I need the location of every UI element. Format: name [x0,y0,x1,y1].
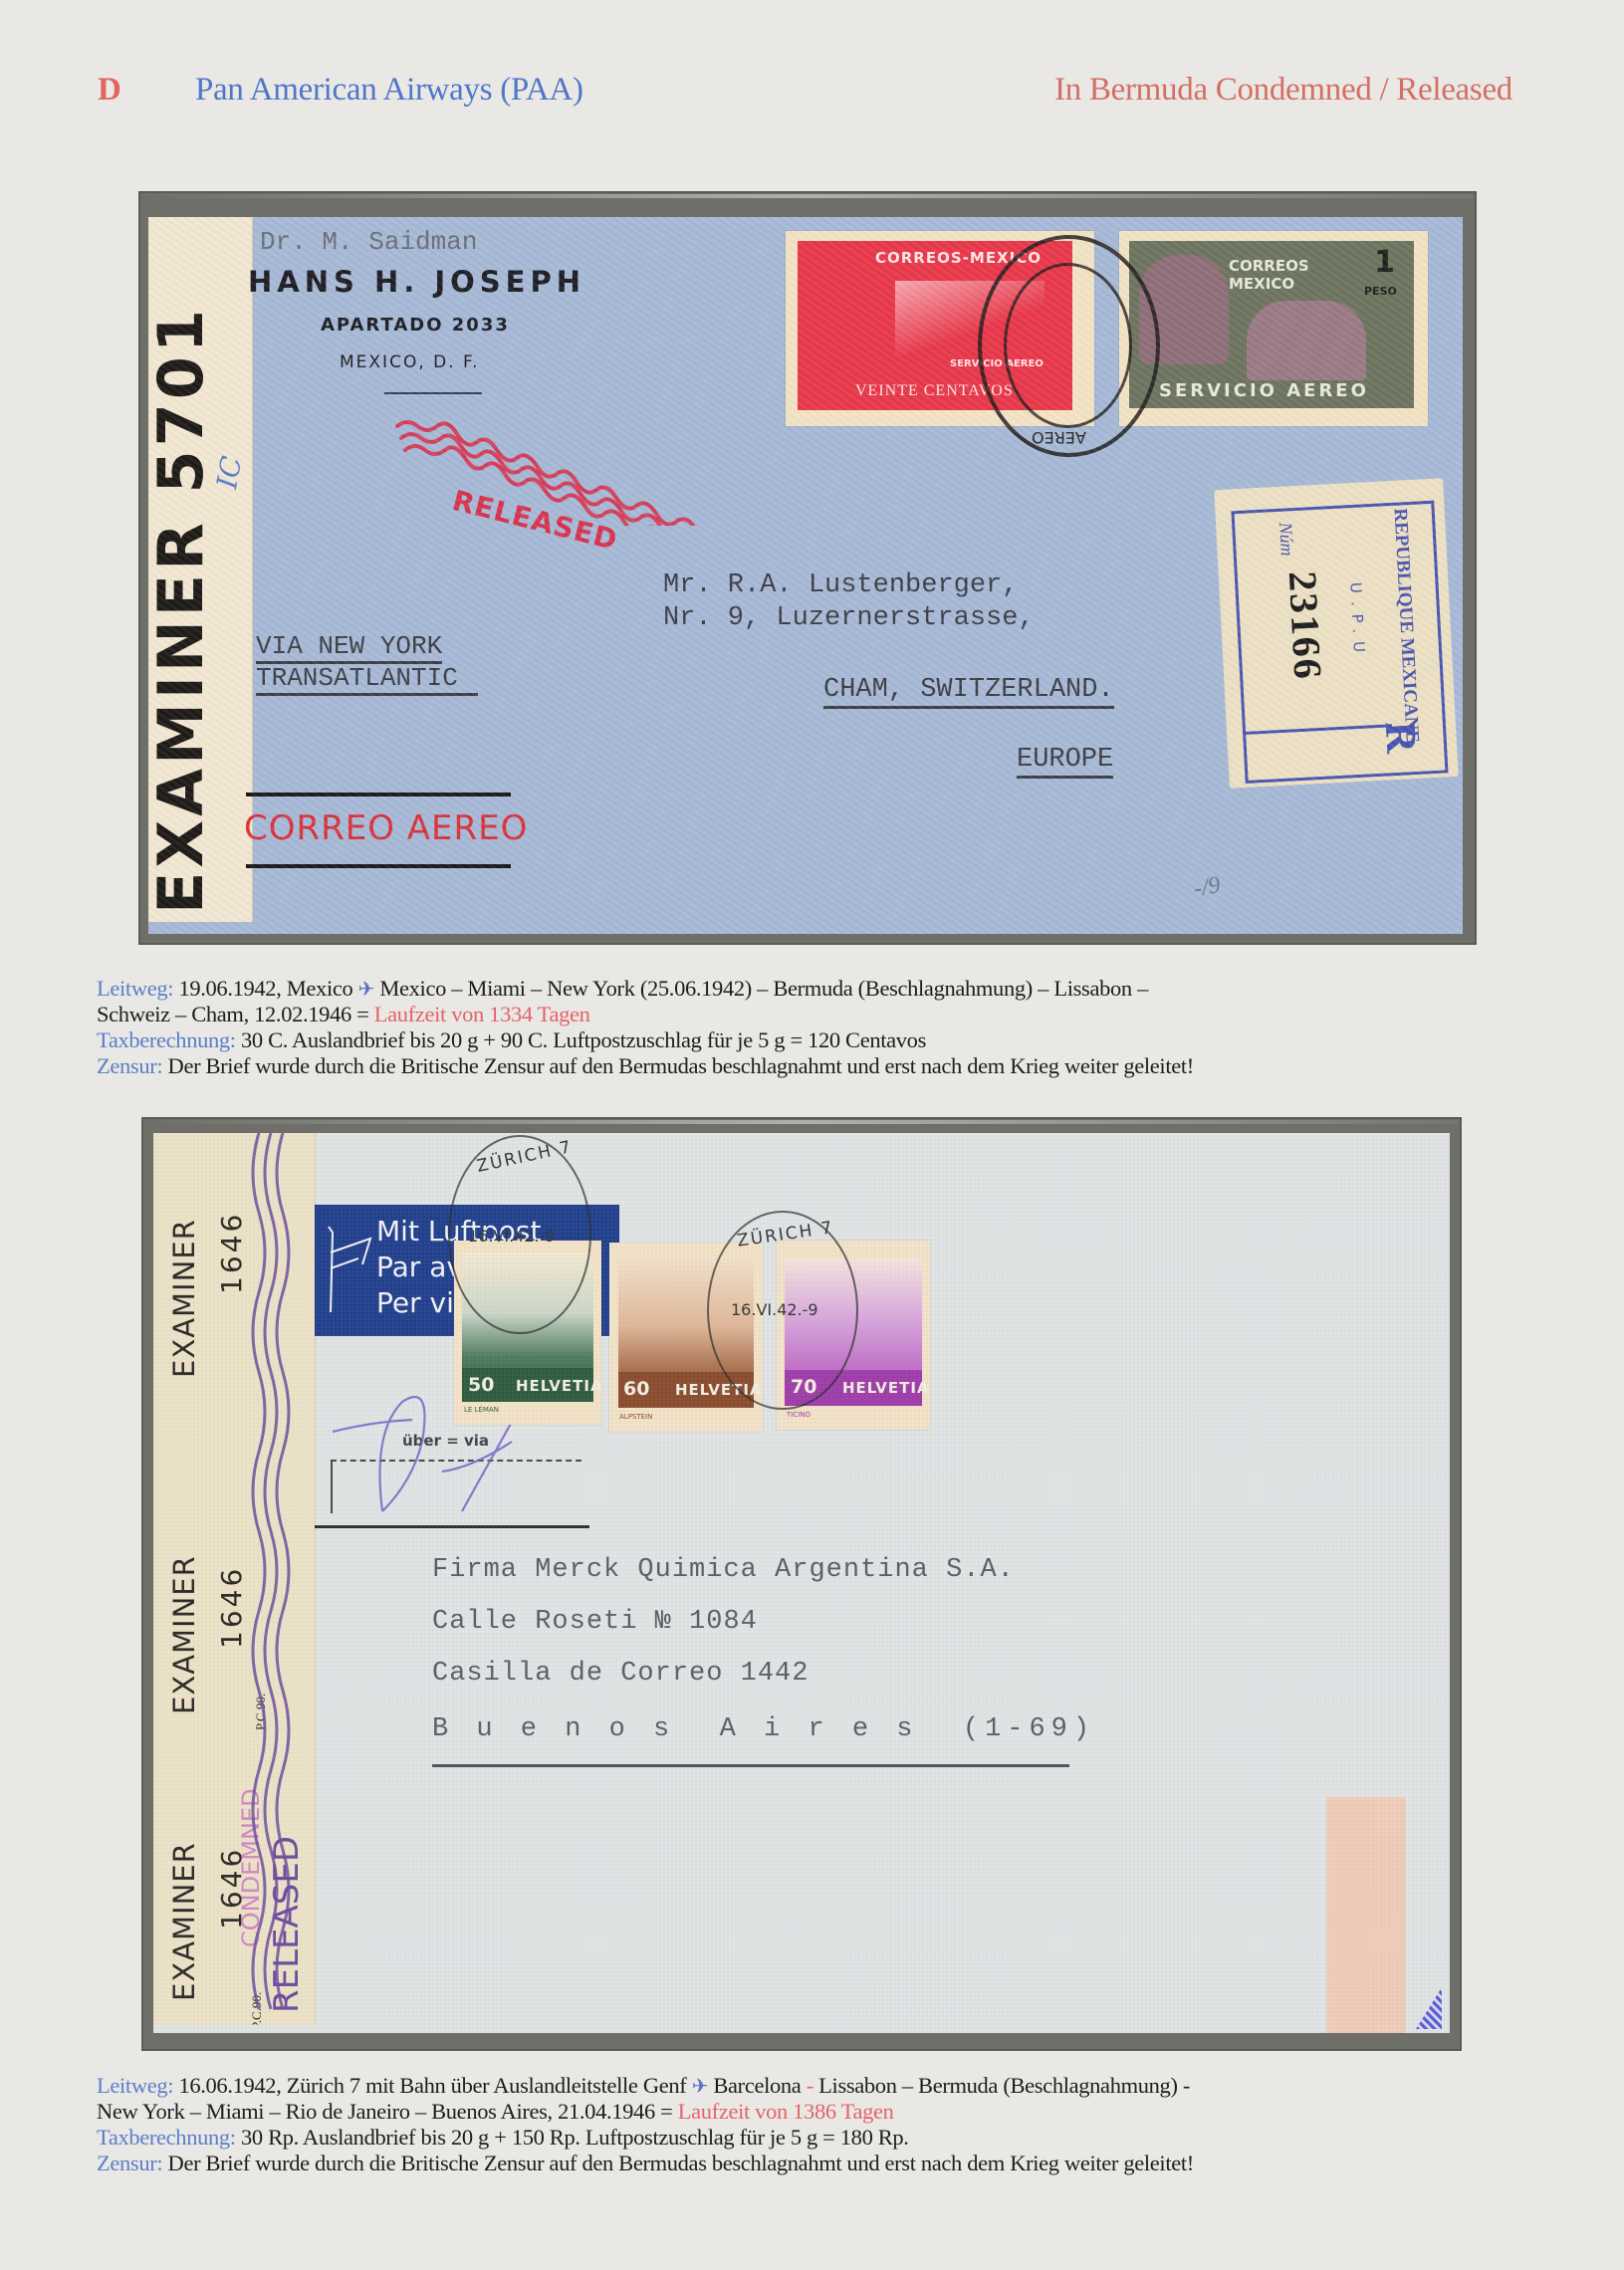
recipient-region: EUROPE [1017,745,1113,779]
postmark2-date: 16.VI.42.-9 [731,1300,818,1319]
recipient-company: Firma Merck Quimica Argentina S.A. [432,1555,1015,1585]
caption2-duration: Laufzeit von 1386 Tagen [678,2099,894,2124]
cover2-mount: EXAMINER 1646 EXAMINER 1646 EXAMINER 164… [141,1117,1462,2051]
registration-letter: R [1375,720,1428,754]
swiss-plane-icon [321,1223,376,1314]
airmail-rule-top [246,793,511,796]
censor-examiner-mid: EXAMINER [167,1555,201,1714]
airplane-icon: ✈ [692,2074,708,2098]
stamp-70-country: HELVETIA [842,1379,930,1397]
peach-label [1326,1797,1406,2033]
sender-company: HANS H. JOSEPH [248,265,585,299]
censor-examiner-top: EXAMINER [167,1219,201,1378]
recipient-city: B u e n o s A i r e s (1-69) [432,1714,1095,1744]
cover1-mount: EXAMINER 5701 IC Dr. M. Saidman HANS H. … [138,191,1477,945]
postmark-zurich-2: ZÜRICH 7 16.VI.42.-9 [707,1211,858,1410]
postmark-zurich-1: ZÜRICH 7 16.VI.42.-9 [448,1135,591,1334]
pencil-note: -/9 [1192,872,1223,903]
registration-num-prefix: Núm [1275,522,1297,557]
section-letter: D [98,72,121,109]
caption1-tax: Taxberechnung: 30 C. Auslandbrief bis 20… [97,1027,1194,1053]
caption1-tax-label: Taxberechnung: [97,1027,236,1052]
caption2-tax-label: Taxberechnung: [97,2125,236,2150]
airplane-icon: ✈ [358,977,374,1001]
stamp2-value: 1 [1374,245,1395,280]
caption2-censor: Zensur: Der Brief wurde durch die Britis… [97,2151,1194,2176]
released-wavy-cancel [387,416,746,526]
recipient-underline [432,1764,1069,1767]
caption1-route-label: Leitweg: [97,976,173,1001]
sender-po-box: APARTADO 2033 [321,315,510,336]
registration-number: 23166 [1279,569,1332,681]
recipient-street: Nr. 9, Luzernerstrasse, [663,603,1035,633]
corner-mount-blue [1416,1987,1442,2029]
caption1-duration: Laufzeit von 1334 Tagen [374,1002,590,1026]
recipient-city: CHAM, SWITZERLAND. [823,675,1114,709]
caption2-route: Leitweg: 16.06.1942, Zürich 7 mit Bahn ü… [97,2073,1194,2099]
sender-city: MEXICO, D. F. [340,352,479,372]
stamp-70-caption: TICINO [787,1411,811,1419]
routing-transatlantic: TRANSATLANTIC [256,663,478,696]
stamp2-country: CORREOS MEXICO [1229,257,1328,293]
wavy-censor-cancel [239,1133,309,2025]
postmark2-city: ZÜRICH 7 [736,1218,835,1250]
cover1-envelope: EXAMINER 5701 IC Dr. M. Saidman HANS H. … [148,217,1463,934]
pencil-mark: IC [210,454,248,492]
page-subtitle: In Bermuda Condemned / Released [1054,72,1512,109]
censor-label-strip: EXAMINER 5701 IC [148,217,253,922]
postmark1-city: ZÜRICH 7 [475,1137,575,1177]
cover2-envelope: EXAMINER 1646 EXAMINER 1646 EXAMINER 164… [153,1133,1450,2033]
recipient-name: Mr. R.A. Lustenberger, [663,570,1018,600]
censor-label-strip: EXAMINER 1646 EXAMINER 1646 EXAMINER 164… [153,1133,316,2025]
caption2-route-label: Leitweg: [97,2073,173,2098]
stamp-60-value: 60 [623,1378,649,1400]
caption2: Leitweg: 16.06.1942, Zürich 7 mit Bahn ü… [97,2073,1194,2176]
censor-examiner-label: EXAMINER 5701 [150,306,212,914]
registration-label: REPUBLIQUE MEXICANE U.P.U Núm 23166 R [1214,478,1458,789]
stamp-60-caption: ALPSTEIN [619,1413,652,1421]
caption2-censor-label: Zensur: [97,2151,162,2175]
caption1-route: Leitweg: 19.06.1942, Mexico ✈ Mexico – M… [97,976,1194,1002]
stamp2-airmail: SERVICIO AEREO [1159,380,1369,401]
stamp-50-value: 50 [468,1374,494,1396]
postmark1-date: 16.VI.42.-9 [468,1227,556,1246]
stamp2-unit: PESO [1364,285,1397,298]
page-title: Pan American Airways (PAA) [195,72,583,109]
sender-typed-name: Dr. M. Saidman [260,227,477,257]
airmail-rule-bottom [246,864,511,868]
recipient-pobox: Casilla de Correo 1442 [432,1659,809,1689]
caption1-censor: Zensur: Der Brief wurde durch die Britis… [97,1053,1194,1079]
caption1: Leitweg: 19.06.1942, Mexico ✈ Mexico – M… [97,976,1194,1079]
airmail-banner: CORREO AEREO [244,808,528,848]
stamp-mexico-1peso: CORREOS MEXICO 1 PESO SERVICIO AEREO [1119,231,1428,426]
sender-underline [384,392,482,394]
caption1-route-line2: Schweiz – Cham, 12.02.1946 = Laufzeit vo… [97,1002,1194,1027]
stamp-50-country: HELVETIA [516,1377,603,1395]
postmark-mexico: AEREO [978,235,1160,457]
caption2-tax: Taxberechnung: 30 Rp. Auslandbrief bis 2… [97,2125,1194,2151]
caption2-route-line2: New York – Miami – Rio de Janeiro – Buen… [97,2099,1194,2125]
stamp-50-caption: LE LÉMAN [464,1406,499,1414]
censor-examiner-bottom: EXAMINER [167,1842,201,2001]
caption1-censor-label: Zensur: [97,1053,162,1078]
postmark-text: AEREO [1032,428,1086,447]
recipient-street: Calle Roseti № 1084 [432,1607,758,1637]
routing-via: VIA NEW YORK [256,631,442,664]
